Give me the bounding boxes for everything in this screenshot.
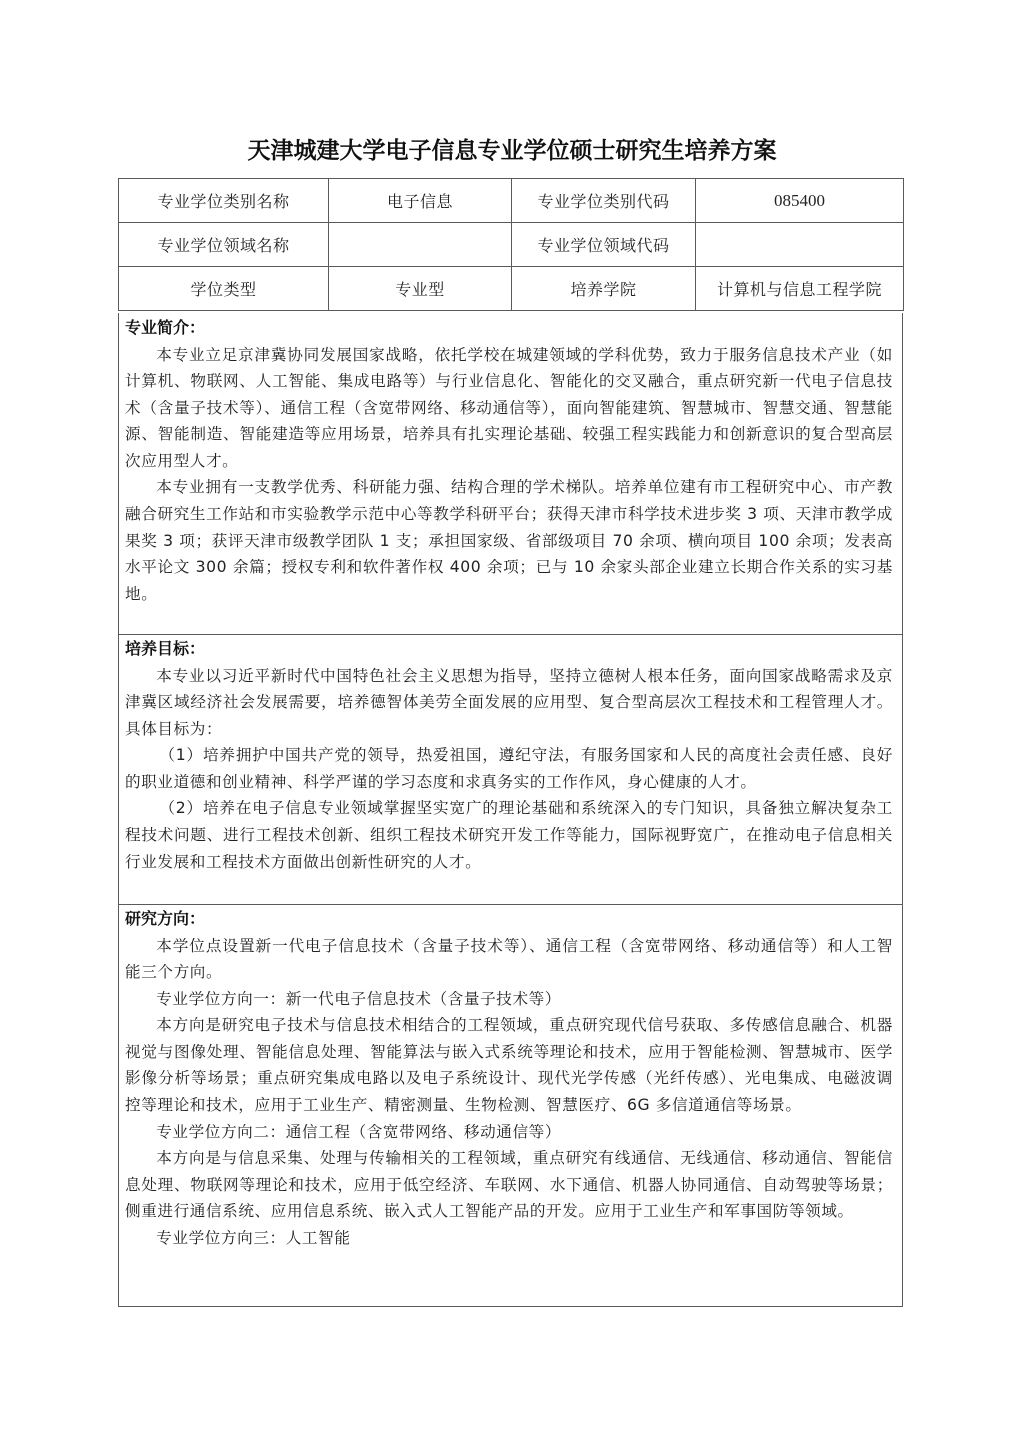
- field-name-value: [329, 223, 512, 267]
- category-name-value: 电子信息: [329, 179, 512, 223]
- section-program-intro: 专业简介： 本专业立足京津冀协同发展国家战略，依托学校在城建领域的学科优势，致力…: [118, 313, 903, 635]
- category-name-label: 专业学位类别名称: [119, 179, 329, 223]
- field-code-value: [696, 223, 904, 267]
- section-training-goals: 培养目标： 本专业以习近平新时代中国特色社会主义思想为指导，坚持立德树人根本任务…: [118, 634, 903, 905]
- direction-title: 专业学位方向三：人工智能: [125, 1225, 893, 1252]
- section-heading: 专业简介：: [125, 315, 893, 342]
- category-code-value: 085400: [696, 179, 904, 223]
- goal-item: （2）培养在电子信息专业领域掌握坚实宽广的理论基础和系统深入的专门知识，具备独立…: [125, 795, 893, 875]
- category-code-label: 专业学位类别代码: [512, 179, 696, 223]
- field-name-label: 专业学位领域名称: [119, 223, 329, 267]
- paragraph: 本方向是与信息采集、处理与传输相关的工程领域，重点研究有线通信、无线通信、移动通…: [125, 1145, 893, 1225]
- section-research-directions: 研究方向： 本学位点设置新一代电子信息技术（含量子技术等）、通信工程（含宽带网络…: [118, 904, 903, 1307]
- degree-info-table: 专业学位类别名称 电子信息 专业学位类别代码 085400 专业学位领域名称 专…: [118, 178, 904, 311]
- degree-type-value: 专业型: [329, 267, 512, 311]
- paragraph: 本方向是研究电子技术与信息技术相结合的工程领域，重点研究现代信号获取、多传感信息…: [125, 1012, 893, 1118]
- paragraph: 本学位点设置新一代电子信息技术（含量子技术等）、通信工程（含宽带网络、移动通信等…: [125, 933, 893, 986]
- field-code-label: 专业学位领域代码: [512, 223, 696, 267]
- degree-type-label: 学位类型: [119, 267, 329, 311]
- goal-item: （1）培养拥护中国共产党的领导，热爱祖国，遵纪守法，有服务国家和人民的高度社会责…: [125, 742, 893, 795]
- section-heading: 培养目标：: [125, 636, 893, 663]
- table-row-field: 专业学位领域名称 专业学位领域代码: [119, 223, 904, 267]
- paragraph: 本专业以习近平新时代中国特色社会主义思想为指导，坚持立德树人根本任务，面向国家战…: [125, 663, 893, 743]
- document-title: 天津城建大学电子信息专业学位硕士研究生培养方案: [0, 133, 1024, 169]
- college-value: 计算机与信息工程学院: [696, 267, 904, 311]
- college-label: 培养学院: [512, 267, 696, 311]
- paragraph: 本专业立足京津冀协同发展国家战略，依托学校在城建领域的学科优势，致力于服务信息技…: [125, 342, 893, 475]
- section-heading: 研究方向：: [125, 906, 893, 933]
- table-row-degree-type: 学位类型 专业型 培养学院 计算机与信息工程学院: [119, 267, 904, 311]
- direction-title: 专业学位方向二：通信工程（含宽带网络、移动通信等）: [125, 1119, 893, 1146]
- table-row-category: 专业学位类别名称 电子信息 专业学位类别代码 085400: [119, 179, 904, 223]
- direction-title: 专业学位方向一：新一代电子信息技术（含量子技术等）: [125, 986, 893, 1013]
- paragraph: 本专业拥有一支教学优秀、科研能力强、结构合理的学术梯队。培养单位建有市工程研究中…: [125, 474, 893, 607]
